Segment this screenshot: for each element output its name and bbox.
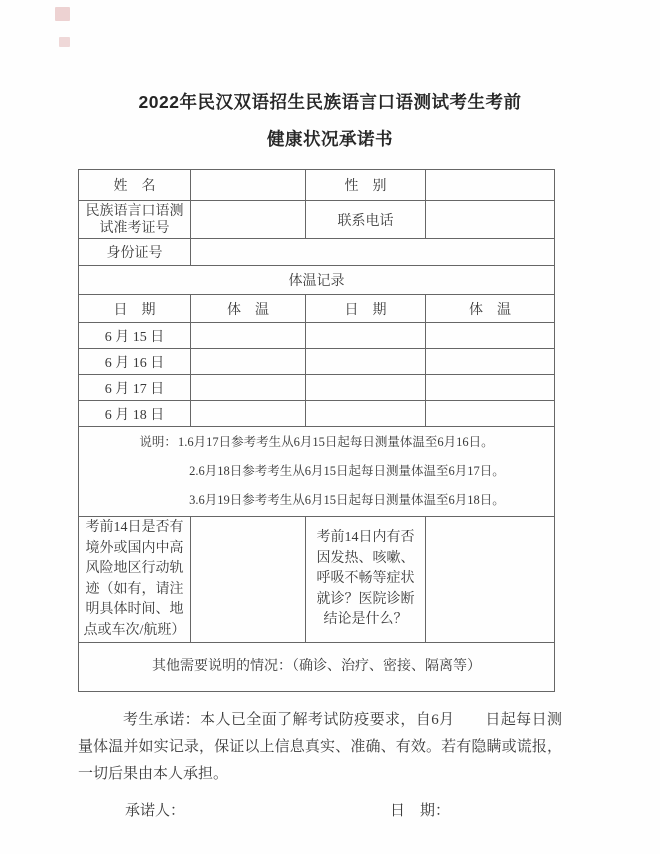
- travel-history-question-cell: 考前14日是否有境外或国内中高风险地区行动轨迹（如有，请注明具体时间、地点或车次…: [79, 517, 191, 643]
- temp-value-cell: [426, 349, 555, 375]
- row-temperature-header: 体温记录: [79, 266, 555, 295]
- red-stamp-mark-icon: [55, 7, 70, 21]
- temp-value-cell: [191, 401, 306, 427]
- page-title-line1: 2022年民汉双语招生民族语言口语测试考生考前: [0, 84, 660, 121]
- document-page: 2022年民汉双语招生民族语言口语测试考生考前 健康状况承诺书 姓 名 性 别 …: [0, 0, 660, 854]
- temperature-row: 6 月 18 日: [79, 401, 555, 427]
- gender-value-cell: [426, 170, 555, 201]
- other-situations-cell: 其他需要说明的情况：（确诊、治疗、密接、隔离等）: [79, 643, 555, 692]
- row-notes: 说明：1.6月17日参考考生从6月15日起每日测量体温至6月16日。 2.6月1…: [79, 427, 555, 517]
- row-name-gender: 姓 名 性 别: [79, 170, 555, 201]
- notes-cell: 说明：1.6月17日参考考生从6月15日起每日测量体温至6月16日。 2.6月1…: [79, 427, 555, 517]
- note-item: 3.6月19日参考考生从6月15日起每日测量体温至6月18日。: [189, 493, 505, 507]
- temp-column-header: 体 温: [191, 295, 306, 323]
- temp-column-header: 体 温: [426, 295, 555, 323]
- row-id-number: 身份证号: [79, 239, 555, 266]
- temp-value-cell: [426, 401, 555, 427]
- signature-date-label: 日 期：: [390, 799, 450, 823]
- date-column-header: 日 期: [306, 295, 426, 323]
- temperature-row: 6 月 16 日: [79, 349, 555, 375]
- temp-value-cell: [191, 349, 306, 375]
- name-value-cell: [191, 170, 306, 201]
- travel-history-answer-cell: [191, 517, 306, 643]
- date-value-cell: [306, 375, 426, 401]
- note-line-1: 说明：1.6月17日参考考生从6月15日起每日测量体温至6月16日。: [83, 428, 550, 457]
- ticket-label-cell: 民族语言口语测试准考证号: [79, 201, 191, 239]
- gender-label-cell: 性 别: [306, 170, 426, 201]
- date-cell: 6 月 15 日: [79, 323, 191, 349]
- date-value-cell: [306, 349, 426, 375]
- row-temperature-columns: 日 期 体 温 日 期 体 温: [79, 295, 555, 323]
- ticket-value-cell: [191, 201, 306, 239]
- temperature-row: 6 月 15 日: [79, 323, 555, 349]
- temp-value-cell: [191, 375, 306, 401]
- date-cell: 6 月 18 日: [79, 401, 191, 427]
- note-item: 2.6月18日参考考生从6月15日起每日测量体温至6月17日。: [189, 464, 505, 478]
- temperature-row: 6 月 17 日: [79, 375, 555, 401]
- row-ticket-phone: 民族语言口语测试准考证号 联系电话: [79, 201, 555, 239]
- temp-value-cell: [426, 323, 555, 349]
- symptoms-answer-cell: [426, 517, 555, 643]
- row-questions: 考前14日是否有境外或国内中高风险地区行动轨迹（如有，请注明具体时间、地点或车次…: [79, 517, 555, 643]
- temp-value-cell: [426, 375, 555, 401]
- date-cell: 6 月 17 日: [79, 375, 191, 401]
- name-label-cell: 姓 名: [79, 170, 191, 201]
- date-column-header: 日 期: [79, 295, 191, 323]
- health-form-table: 姓 名 性 别 民族语言口语测试准考证号 联系电话 身份证号 体温记录: [78, 169, 555, 692]
- note-item: 1.6月17日参考考生从6月15日起每日测量体温至6月16日。: [178, 435, 494, 449]
- phone-value-cell: [426, 201, 555, 239]
- date-value-cell: [306, 401, 426, 427]
- row-other-situations: 其他需要说明的情况：（确诊、治疗、密接、隔离等）: [79, 643, 555, 692]
- note-line-3: 3.6月19日参考考生从6月15日起每日测量体温至6月18日。: [144, 486, 550, 515]
- date-value-cell: [306, 323, 426, 349]
- document-content: 姓 名 性 别 民族语言口语测试准考证号 联系电话 身份证号 体温记录: [78, 169, 554, 823]
- date-cell: 6 月 16 日: [79, 349, 191, 375]
- id-value-cell: [191, 239, 555, 266]
- commitment-paragraph: 考生承诺：本人已全面了解考试防疫要求，自6月 日起每日测量体温并如实记录，保证以…: [78, 707, 562, 788]
- symptoms-question-cell: 考前14日内有否因发热、咳嗽、呼吸不畅等症状就诊？医院诊断结论是什么？: [306, 517, 426, 643]
- page-title-line2: 健康状况承诺书: [0, 121, 660, 158]
- temp-value-cell: [191, 323, 306, 349]
- temperature-section-title: 体温记录: [79, 266, 555, 295]
- signature-row: 承诺人： 日 期：: [78, 799, 554, 823]
- note-line-2: 2.6月18日参考考生从6月15日起每日测量体温至6月17日。: [144, 457, 550, 486]
- red-stamp-mark-icon: [59, 37, 70, 47]
- promisor-label: 承诺人：: [125, 799, 185, 823]
- phone-label-cell: 联系电话: [306, 201, 426, 239]
- notes-label: 说明：: [139, 435, 177, 449]
- id-label-cell: 身份证号: [79, 239, 191, 266]
- page-title: 2022年民汉双语招生民族语言口语测试考生考前 健康状况承诺书: [0, 84, 660, 158]
